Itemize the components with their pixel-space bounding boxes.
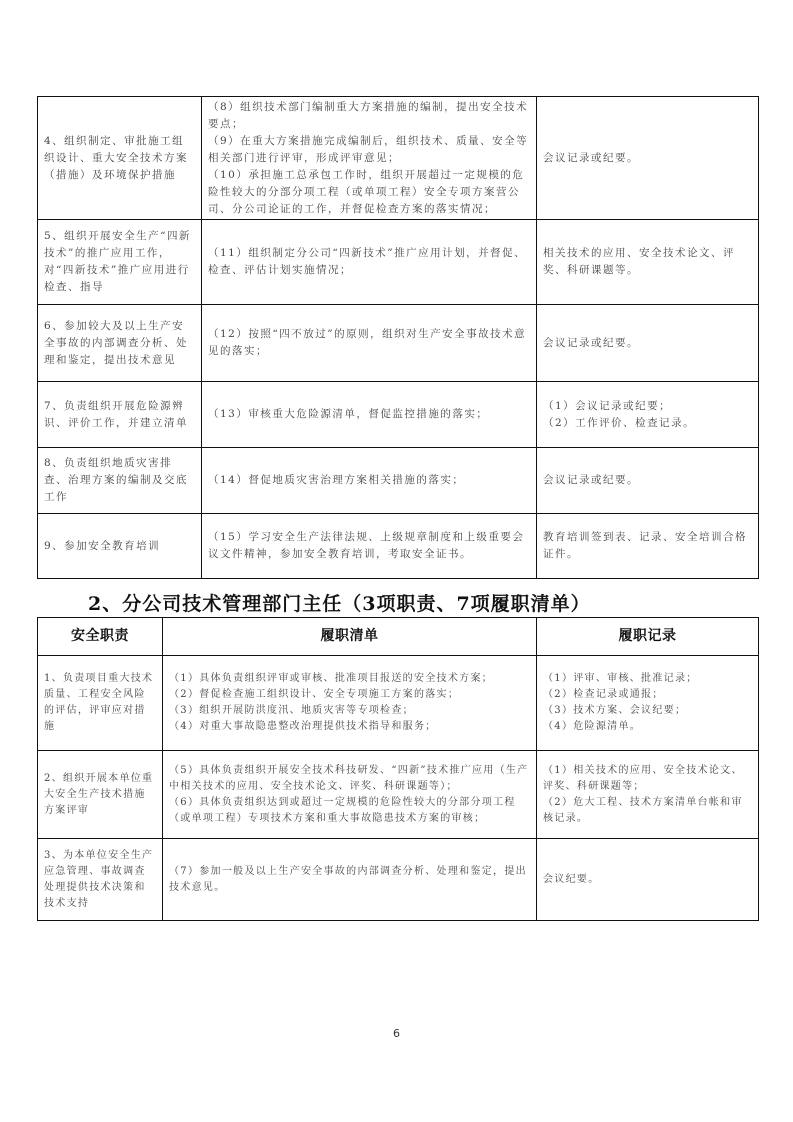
table-row: 2、组织开展本单位重大安全生产技术措施方案评审 （5）具体负责组织开展安全技术科… <box>38 751 759 839</box>
duty-table-continued: 4、组织制定、审批施工组织设计、重大安全技术方案（措施）及环境保护措施 （8）组… <box>37 96 759 579</box>
record-cell: （1）相关技术的应用、安全技术论文、评奖、科研课题等； （2）危大工程、技术方案… <box>537 751 759 839</box>
table-row: 9、参加安全教育培训 （15）学习安全生产法律法规、上级规章制度和上级重要会议文… <box>38 514 759 579</box>
table-row: 8、负责组织地质灾害排查、治理方案的编制及交底工作 （14）督促地质灾害治理方案… <box>38 448 759 514</box>
table-row: 4、组织制定、审批施工组织设计、重大安全技术方案（措施）及环境保护措施 （8）组… <box>38 97 759 220</box>
table-row: 6、参加较大及以上生产安全事故的内部调查分析、处理和鉴定，提出技术意见 （12）… <box>38 305 759 382</box>
duty-cell: 2、组织开展本单位重大安全生产技术措施方案评审 <box>38 751 163 839</box>
header-duty: 安全职责 <box>38 618 163 656</box>
duty-cell: 1、负责项目重大技术质量、工程安全风险的评估，评审应对措施 <box>38 656 163 751</box>
record-cell: 会议记录或纪要。 <box>537 305 759 382</box>
duty-cell: 7、负责组织开展危险源辨识、评价工作，并建立清单 <box>38 382 202 448</box>
table-row: 7、负责组织开展危险源辨识、评价工作，并建立清单 （13）审核重大危险源清单，督… <box>38 382 759 448</box>
header-checklist: 履职清单 <box>163 618 537 656</box>
checklist-cell: （11）组织制定分公司“四新技术”推广应用计划，并督促、检查、评估计划实施情况； <box>202 220 537 305</box>
table-row: 1、负责项目重大技术质量、工程安全风险的评估，评审应对措施 （1）具体负责组织评… <box>38 656 759 751</box>
checklist-cell: （8）组织技术部门编制重大方案措施的编制，提出安全技术要点； （9）在重大方案措… <box>202 97 537 220</box>
checklist-cell: （12）按照“四不放过”的原则，组织对生产安全事故技术意见的落实； <box>202 305 537 382</box>
checklist-cell: （1）具体负责组织评审或审核、批准项目报送的安全技术方案； （2）督促检查施工组… <box>163 656 537 751</box>
checklist-cell: （14）督促地质灾害治理方案相关措施的落实； <box>202 448 537 514</box>
record-cell: 相关技术的应用、安全技术论文、评奖、科研课题等。 <box>537 220 759 305</box>
checklist-cell: （15）学习安全生产法律法规、上级规章制度和上级重要会议文件精神，参加安全教育培… <box>202 514 537 579</box>
checklist-cell: （5）具体负责组织开展安全技术科技研发、“四新”技术推广应用（生产中相关技术的应… <box>163 751 537 839</box>
record-cell: （1）评审、审核、批准记录； （2）检查记录或通报； （3）技术方案、会议纪要；… <box>537 656 759 751</box>
duty-cell: 9、参加安全教育培训 <box>38 514 202 579</box>
page-number: 6 <box>393 1027 400 1040</box>
table-header-row: 安全职责 履职清单 履职记录 <box>38 618 759 656</box>
table-row: 3、为本单位安全生产应急管理、事故调查处理提供技术决策和技术支持 （7）参加一般… <box>38 839 759 921</box>
duty-cell: 4、组织制定、审批施工组织设计、重大安全技术方案（措施）及环境保护措施 <box>38 97 202 220</box>
checklist-cell: （13）审核重大危险源清单，督促监控措施的落实； <box>202 382 537 448</box>
record-cell: （1）会议记录或纪要； （2）工作评价、检查记录。 <box>537 382 759 448</box>
table-row: 5、组织开展安全生产“四新技术”的推广应用工作，对“四新技术”推广应用进行检查、… <box>38 220 759 305</box>
duty-cell: 5、组织开展安全生产“四新技术”的推广应用工作，对“四新技术”推广应用进行检查、… <box>38 220 202 305</box>
record-cell: 会议记录或纪要。 <box>537 448 759 514</box>
record-cell: 教育培训签到表、记录、安全培训合格证件。 <box>537 514 759 579</box>
record-cell: 会议记录或纪要。 <box>537 97 759 220</box>
duty-cell: 3、为本单位安全生产应急管理、事故调查处理提供技术决策和技术支持 <box>38 839 163 921</box>
header-record: 履职记录 <box>537 618 759 656</box>
checklist-cell: （7）参加一般及以上生产安全事故的内部调查分析、处理和鉴定，提出技术意见。 <box>163 839 537 921</box>
duty-cell: 8、负责组织地质灾害排查、治理方案的编制及交底工作 <box>38 448 202 514</box>
duty-table-tech-dept-director: 安全职责 履职清单 履职记录 1、负责项目重大技术质量、工程安全风险的评估，评审… <box>37 617 759 921</box>
record-cell: 会议纪要。 <box>537 839 759 921</box>
section-heading: 2、分公司技术管理部门主任（3项职责、7项履职清单） <box>88 589 591 616</box>
duty-cell: 6、参加较大及以上生产安全事故的内部调查分析、处理和鉴定，提出技术意见 <box>38 305 202 382</box>
